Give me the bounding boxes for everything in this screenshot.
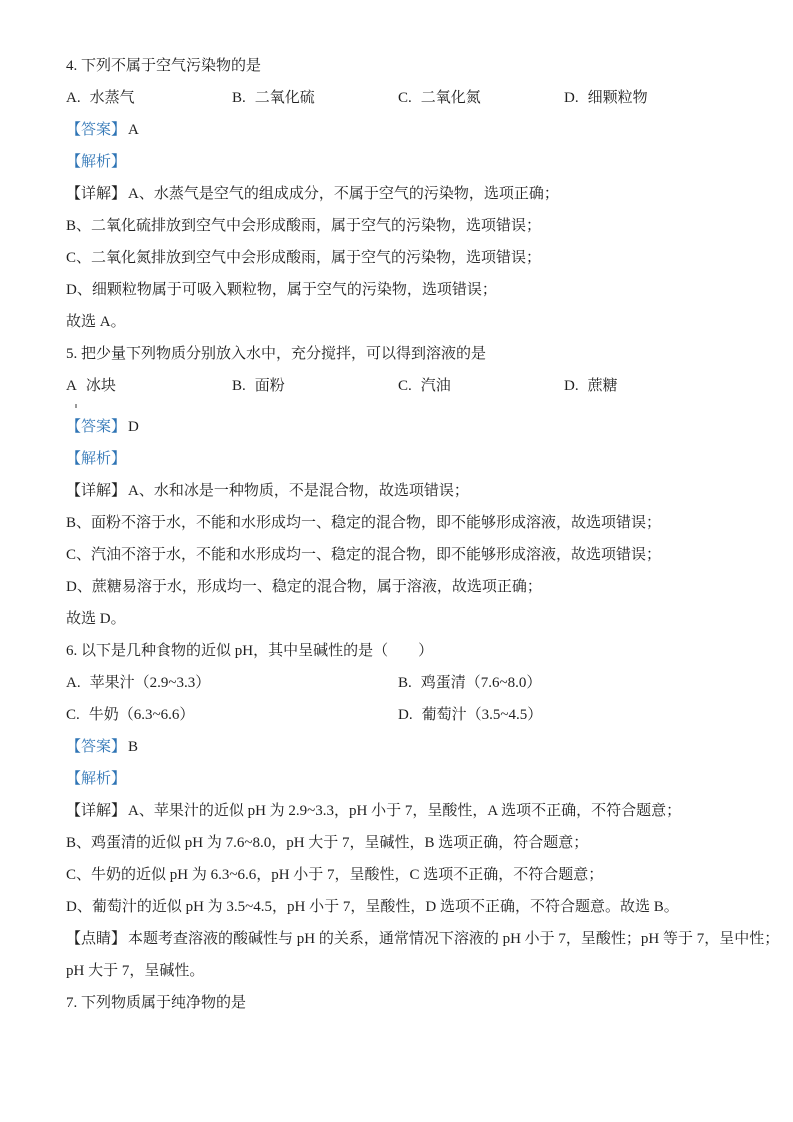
option-text: 牛奶（6.3~6.6） <box>89 707 195 723</box>
option-label: A. <box>66 675 81 691</box>
q6-option-d: D.葡萄汁（3.5~4.5） <box>398 699 542 731</box>
q5-options-row: A冰块 B.面粉 C.汽油 D.蔗糖 <box>66 370 737 402</box>
note-tag: 【点睛】 <box>66 931 126 947</box>
q5-detail-line-a: 【详解】A、水和冰是一种物质，不是混合物，故选项错误； <box>66 475 737 507</box>
q5-option-c: C.汽油 <box>398 370 564 402</box>
option-text: 水蒸气 <box>90 90 135 106</box>
option-text: 细颗粒物 <box>588 90 648 106</box>
q6-detail-line-d: D、葡萄汁的近似 pH 为 3.5~4.5，pH 小于 7，呈酸性，D 选项不正… <box>66 891 737 923</box>
option-label: B. <box>398 675 412 691</box>
q4-analysis-line: 【解析】 <box>66 146 737 178</box>
q6-answer-value: B <box>128 739 138 755</box>
option-label: C. <box>66 707 80 723</box>
answer-tag: 【答案】 <box>66 419 126 435</box>
q6-note-line-1: 【点睛】本题考查溶液的酸碱性与 pH 的关系，通常情况下溶液的 pH 小于 7，… <box>66 923 737 955</box>
q4-option-c: C.二氧化氮 <box>398 82 564 114</box>
q6-detail-line-c: C、牛奶的近似 pH 为 6.3~6.6，pH 小于 7，呈酸性，C 选项不正确… <box>66 859 737 891</box>
q5-conclusion: 故选 D。 <box>66 603 737 635</box>
analysis-tag: 【解析】 <box>66 451 126 467</box>
option-text: 冰块 <box>86 378 116 394</box>
option-text: 苹果汁（2.9~3.3） <box>90 675 211 691</box>
detail-tag: 【详解】 <box>66 186 126 202</box>
q4-options-row: A.水蒸气 B.二氧化硫 C.二氧化氮 D.细颗粒物 <box>66 82 737 114</box>
q4-option-a: A.水蒸气 <box>66 82 232 114</box>
q4-detail-line-b: B、二氧化硫排放到空气中会形成酸雨，属于空气的污染物，选项错误； <box>66 210 737 242</box>
option-label: C. <box>398 378 412 394</box>
q6-options-row-1: A.苹果汁（2.9~3.3） B.鸡蛋清（7.6~8.0） <box>66 667 737 699</box>
answer-tag: 【答案】 <box>66 122 126 138</box>
detail-text: A、水蒸气是空气的组成成分，不属于空气的污染物，选项正确； <box>128 186 559 202</box>
q5-answer-value: D <box>128 419 139 435</box>
q6-options-row-2: C.牛奶（6.3~6.6） D.葡萄汁（3.5~4.5） <box>66 699 737 731</box>
q5-detail-line-c: C、汽油不溶于水，不能和水形成均一、稳定的混合物，即不能够形成溶液，故选项错误； <box>66 539 737 571</box>
document-page: 4. 下列不属于空气污染物的是 A.水蒸气 B.二氧化硫 C.二氧化氮 D.细颗… <box>0 0 793 1122</box>
q5-answer-line: 【答案】D <box>66 411 737 443</box>
q6-option-c: C.牛奶（6.3~6.6） <box>66 699 398 731</box>
q6-option-b: B.鸡蛋清（7.6~8.0） <box>398 667 541 699</box>
q4-detail-line-a: 【详解】A、水蒸气是空气的组成成分，不属于空气的污染物，选项正确； <box>66 178 737 210</box>
q5-stem: 5. 把少量下列物质分别放入水中，充分搅拌，可以得到溶液的是 <box>66 338 737 370</box>
q4-answer-line: 【答案】A <box>66 114 737 146</box>
option-text: 面粉 <box>255 378 285 394</box>
q4-detail-line-d: D、细颗粒物属于可吸入颗粒物，属于空气的污染物，选项错误； <box>66 274 737 306</box>
analysis-tag: 【解析】 <box>66 154 126 170</box>
option-label: B. <box>232 90 246 106</box>
analysis-tag: 【解析】 <box>66 771 126 787</box>
note-text: 本题考查溶液的酸碱性与 pH 的关系，通常情况下溶液的 pH 小于 7，呈酸性；… <box>128 931 779 947</box>
option-text: 汽油 <box>421 378 451 394</box>
q5-detail-line-b: B、面粉不溶于水，不能和水形成均一、稳定的混合物，即不能够形成溶液，故选项错误； <box>66 507 737 539</box>
option-label: D. <box>564 90 579 106</box>
option-text: 二氧化硫 <box>255 90 315 106</box>
q4-detail-line-c: C、二氧化氮排放到空气中会形成酸雨，属于空气的污染物，选项错误； <box>66 242 737 274</box>
detail-text: A、苹果汁的近似 pH 为 2.9~3.3，pH 小于 7，呈酸性，A 选项不正… <box>128 803 681 819</box>
detail-tag: 【详解】 <box>66 483 126 499</box>
stray-mark <box>75 404 77 408</box>
q6-note-line-2: pH 大于 7，呈碱性。 <box>66 955 737 987</box>
option-text: 二氧化氮 <box>421 90 481 106</box>
q5-option-d: D.蔗糖 <box>564 370 618 402</box>
q4-option-d: D.细颗粒物 <box>564 82 648 114</box>
q4-option-b: B.二氧化硫 <box>232 82 398 114</box>
q7-stem: 7. 下列物质属于纯净物的是 <box>66 987 737 1019</box>
option-label: C. <box>398 90 412 106</box>
q6-analysis-line: 【解析】 <box>66 763 737 795</box>
q6-stem: 6. 以下是几种食物的近似 pH，其中呈碱性的是（ ） <box>66 635 737 667</box>
option-label: A. <box>66 90 81 106</box>
q4-answer-value: A <box>128 122 139 138</box>
option-label: D. <box>564 378 579 394</box>
option-label: A <box>66 378 77 394</box>
q6-option-a: A.苹果汁（2.9~3.3） <box>66 667 398 699</box>
q4-conclusion: 故选 A。 <box>66 306 737 338</box>
q4-stem: 4. 下列不属于空气污染物的是 <box>66 50 737 82</box>
q5-detail-line-d: D、蔗糖易溶于水，形成均一、稳定的混合物，属于溶液，故选项正确； <box>66 571 737 603</box>
q5-option-a: A冰块 <box>66 370 232 402</box>
q5-analysis-line: 【解析】 <box>66 443 737 475</box>
detail-tag: 【详解】 <box>66 803 126 819</box>
q6-detail-line-a: 【详解】A、苹果汁的近似 pH 为 2.9~3.3，pH 小于 7，呈酸性，A … <box>66 795 737 827</box>
answer-tag: 【答案】 <box>66 739 126 755</box>
option-label: D. <box>398 707 413 723</box>
detail-text: A、水和冰是一种物质，不是混合物，故选项错误； <box>128 483 469 499</box>
option-text: 葡萄汁（3.5~4.5） <box>422 707 543 723</box>
option-label: B. <box>232 378 246 394</box>
option-text: 蔗糖 <box>588 378 618 394</box>
q6-answer-line: 【答案】B <box>66 731 737 763</box>
q5-option-b: B.面粉 <box>232 370 398 402</box>
option-text: 鸡蛋清（7.6~8.0） <box>421 675 542 691</box>
q6-detail-line-b: B、鸡蛋清的近似 pH 为 7.6~8.0，pH 大于 7，呈碱性，B 选项正确… <box>66 827 737 859</box>
